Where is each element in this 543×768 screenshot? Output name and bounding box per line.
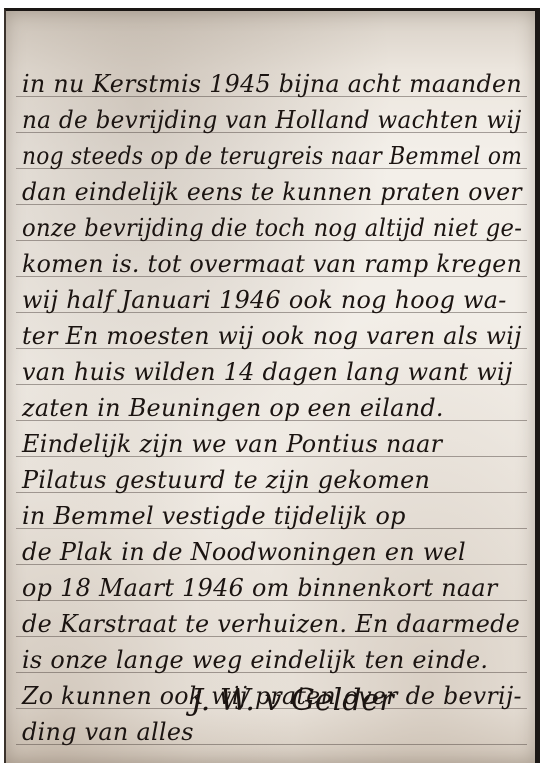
text-line: de Karstraat te verhuizen. En daarmede	[22, 609, 522, 639]
text-line: in nu Kerstmis 1945 bijna acht maanden	[22, 69, 520, 99]
text-line: nog steeds op de terugreis naar Bemmel o…	[22, 141, 478, 171]
text-line: van huis wilden 14 dagen lang want wij	[22, 357, 522, 387]
text-line: de Plak in de Noodwoningen en wel	[22, 537, 522, 567]
text-line: Pilatus gestuurd te zijn gekomen	[22, 465, 522, 495]
text-line: in Bemmel vestigde tijdelijk op	[22, 501, 522, 531]
signature: J. W. v Gelder	[191, 683, 394, 718]
text-line: ter En moesten wij ook nog varen als wij	[22, 321, 517, 351]
text-line: Eindelijk zijn we van Pontius naar	[22, 429, 522, 459]
handwritten-text: in nu Kerstmis 1945 bijna acht maanden n…	[6, 11, 535, 763]
text-line: dan eindelijk eens te kunnen praten over	[22, 177, 513, 207]
letter-page: in nu Kerstmis 1945 bijna acht maanden n…	[4, 8, 540, 763]
text-line: na de bevrijding van Holland wachten wij	[22, 105, 507, 135]
text-line: ding van alles	[22, 717, 522, 747]
text-line: onze bevrijding die toch nog altijd niet…	[22, 213, 497, 243]
text-line: wij half Januari 1946 ook nog hoog wa-	[22, 285, 522, 315]
text-line: op 18 Maart 1946 om binnenkort naar	[22, 573, 522, 603]
text-line: zaten in Beuningen op een eiland.	[22, 393, 522, 423]
text-line: is onze lange weg eindelijk ten einde.	[22, 645, 522, 675]
text-line: komen is. tot overmaat van ramp kregen	[22, 249, 518, 279]
